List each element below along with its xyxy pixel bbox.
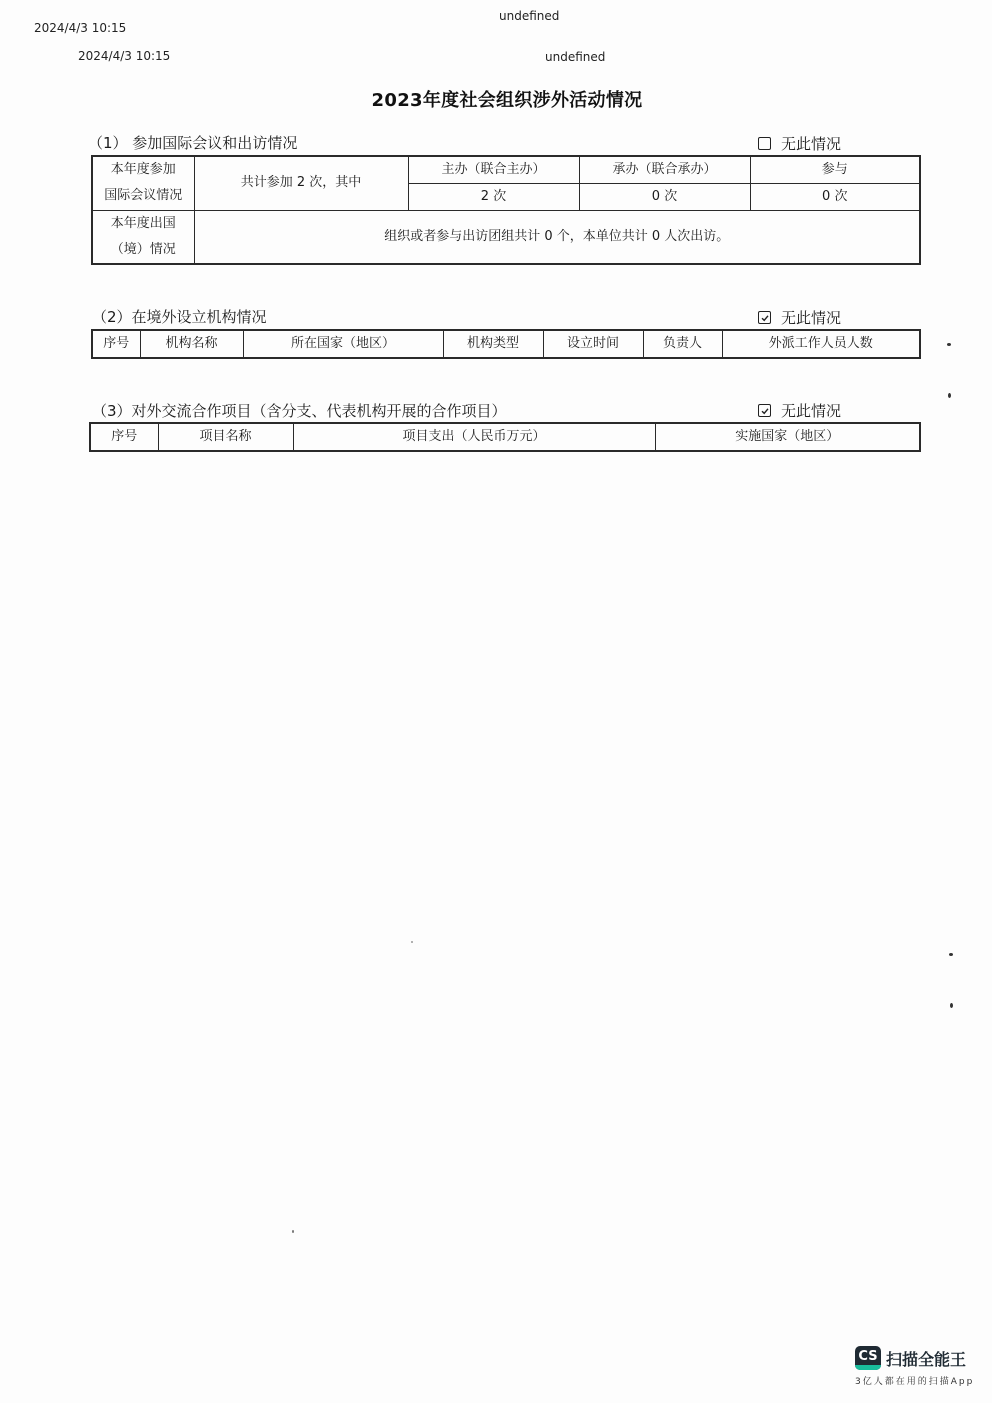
section3-title: （3）对外交流合作项目（含分支、代表机构开展的合作项目） (92, 400, 507, 421)
section1-table: 本年度参加 国际会议情况 共计参加 2 次，其中 主办（联合主办） 承办（联合承… (91, 155, 921, 265)
visit-summary-cell: 组织或者参与出访团组共计 0 个，本单位共计 0 人次出访。 (194, 210, 920, 264)
row1-label-line1: 本年度参加 (93, 157, 194, 183)
header-host: 主办（联合主办） (408, 156, 579, 183)
checkbox-checked-icon (758, 311, 771, 324)
watermark-tagline: 3亿人都在用的扫描App (855, 1374, 974, 1387)
camscanner-logo-icon: CS (855, 1346, 881, 1370)
section2-table: 序号 机构名称 所在国家（地区） 机构类型 设立时间 负责人 外派工作人员人数 (91, 329, 921, 359)
col-index: 序号 (90, 423, 158, 451)
section3-table: 序号 项目名称 项目支出（人民币万元） 实施国家（地区） (89, 422, 921, 452)
col-country: 所在国家（地区） (243, 330, 443, 358)
document-title: 2023年度社会组织涉外活动情况 (0, 86, 992, 112)
section1-none-label: 无此情况 (781, 133, 841, 154)
row2-label: 本年度出国 （境）情况 (92, 210, 194, 264)
section2-title: （2）在境外设立机构情况 (92, 306, 267, 327)
section2-none-label: 无此情况 (781, 307, 841, 328)
value-participate: 0 次 (750, 183, 920, 210)
col-country: 实施国家（地区） (655, 423, 920, 451)
checkbox-empty-icon (758, 137, 771, 150)
section1-none-checkbox[interactable]: 无此情况 (758, 133, 841, 154)
print-timestamp-outer: 2024/4/3 10:15 (34, 21, 126, 35)
section3-none-label: 无此情况 (781, 400, 841, 421)
row2-label-line1: 本年度出国 (93, 211, 194, 237)
col-staff-count: 外派工作人员人数 (722, 330, 920, 358)
col-leader: 负责人 (643, 330, 722, 358)
header-organize: 承办（联合承办） (579, 156, 750, 183)
section2-none-checkbox[interactable]: 无此情况 (758, 307, 841, 328)
row1-label-line2: 国际会议情况 (93, 183, 194, 209)
col-index: 序号 (92, 330, 140, 358)
watermark-app-name: 扫描全能王 (886, 1347, 966, 1370)
col-org-type: 机构类型 (443, 330, 543, 358)
col-established: 设立时间 (543, 330, 643, 358)
value-host: 2 次 (408, 183, 579, 210)
print-title-inner: undefined (545, 50, 605, 64)
value-organize: 0 次 (579, 183, 750, 210)
checkbox-checked-icon (758, 404, 771, 417)
col-org-name: 机构名称 (140, 330, 243, 358)
row1-label: 本年度参加 国际会议情况 (92, 156, 194, 210)
col-expenditure: 项目支出（人民币万元） (293, 423, 655, 451)
camscanner-watermark: CS 扫描全能王 3亿人都在用的扫描App (855, 1346, 974, 1387)
print-timestamp-inner: 2024/4/3 10:15 (78, 49, 170, 63)
header-participate: 参与 (750, 156, 920, 183)
section1-title: （1） 参加国际会议和出访情况 (88, 132, 297, 153)
col-project-name: 项目名称 (158, 423, 293, 451)
section3-none-checkbox[interactable]: 无此情况 (758, 400, 841, 421)
print-title-outer: undefined (499, 9, 559, 23)
row2-label-line2: （境）情况 (93, 237, 194, 263)
total-meetings-cell: 共计参加 2 次，其中 (194, 156, 408, 210)
